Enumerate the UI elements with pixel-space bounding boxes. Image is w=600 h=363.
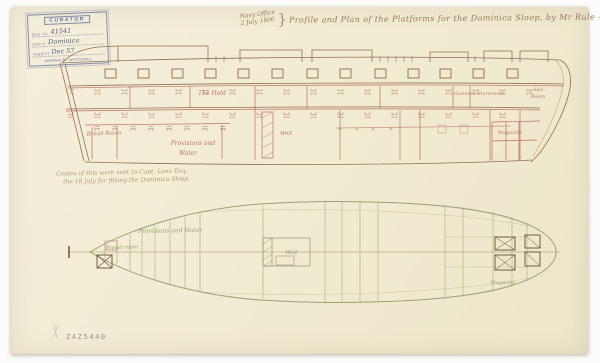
plan-well-hatch-box xyxy=(276,256,294,265)
plan-label-provisions: Provisions and Water xyxy=(137,227,204,235)
stern-counter xyxy=(62,46,118,63)
label-sail-room-2: Room xyxy=(530,94,546,100)
bow-stem xyxy=(531,60,571,162)
bulkheads-sepia xyxy=(130,86,470,160)
hull-sepia-lines xyxy=(60,46,571,164)
label-storeroom: Gunners Storeroom xyxy=(454,91,504,97)
label-provisions-2: Water xyxy=(179,150,198,157)
label-magazine: Magazine xyxy=(497,130,523,136)
page-title: Profile and Plan of the Platforms for th… xyxy=(289,12,600,24)
label-the-hold: The Hold xyxy=(198,90,226,97)
sheer-line xyxy=(62,57,560,63)
plan-bow-hatches xyxy=(495,235,540,270)
platform-plan-drawing: Bread room Provisions and Water Well Mag… xyxy=(60,188,570,318)
paper-sheet: CURATOR Negt. No. 41541 SHIP or Dominica… xyxy=(11,7,588,354)
profile-drawing: The Hold Bread Room Provisions and Water… xyxy=(40,38,580,172)
gunports xyxy=(105,69,518,78)
label-provisions-1: Provisions and xyxy=(170,140,216,147)
beam-row-platform xyxy=(68,112,518,118)
hold-floor-line xyxy=(85,160,532,164)
title-brace: } xyxy=(278,10,288,28)
stamp-field-value: 41541 xyxy=(50,27,71,36)
bulwark-blocks xyxy=(118,46,548,62)
scanned-plan-page: CURATOR Negt. No. 41541 SHIP or Dominica… xyxy=(0,0,600,363)
title-office-date: Navy Office 2 July 1806 xyxy=(239,9,276,27)
label-well: Well xyxy=(280,131,292,137)
stamp-title: CURATOR xyxy=(44,15,90,25)
note-line-2: the 18 July for fitting the Dominica Slo… xyxy=(63,175,190,186)
label-bread-room: Bread Room xyxy=(86,130,122,137)
pencil-mark xyxy=(51,324,61,339)
plan-label-magazine: Magazine xyxy=(490,280,516,286)
plan-label-bread-room: Bread room xyxy=(104,244,138,251)
plan-label-well: Well xyxy=(285,250,297,256)
handwritten-note: Copies of this were sent to Capt. Lane E… xyxy=(56,167,190,186)
stamp-field-label: Negt. No. xyxy=(32,32,49,37)
catalog-number: ZAZ5440 xyxy=(66,333,107,341)
title-block: Navy Office 2 July 1806 } Profile and Pl… xyxy=(240,11,600,28)
well-hatching xyxy=(262,112,273,158)
label-sail-room-1: Sail xyxy=(533,87,543,93)
